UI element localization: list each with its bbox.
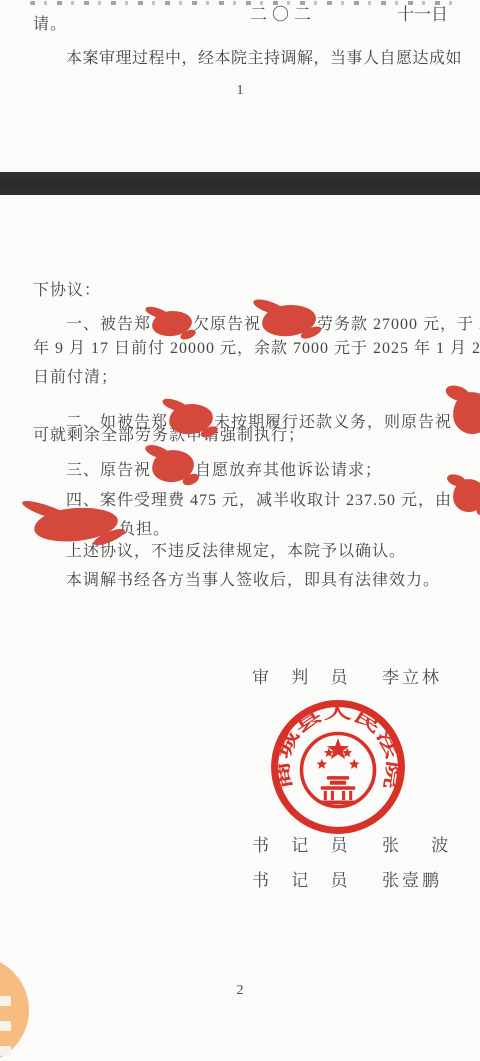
clerk1-name: 张 波 xyxy=(382,831,460,856)
line-text: 一、被告郑 xyxy=(66,316,151,333)
document-viewer: 请。 本案审理过程中，经本院主持调解，当事人自愿达成如 1 下协议：一、被告郑欠… xyxy=(0,0,480,1061)
document-line: 二、如被告郑未按期履行还款义务，则原告祝 xyxy=(33,392,447,421)
document-line: 本调解书经各方当事人签收后，即具有法律效力。 xyxy=(33,566,447,595)
redaction-mark xyxy=(451,390,480,435)
line-text: 劳务款 27000 元，于 2024 xyxy=(317,316,480,333)
fab-icon-dots xyxy=(0,1021,11,1031)
redaction-mark xyxy=(151,448,196,484)
judge-signature-row: 审 判 员 李立林 xyxy=(252,663,354,688)
clerk-title-label: 书 记 员 xyxy=(252,871,354,890)
redaction-mark xyxy=(151,309,193,337)
redaction-mark xyxy=(261,303,317,339)
date-fragment-left: 二〇二 xyxy=(250,0,316,25)
line-text: 本调解书经各方当事人签收后，即具有法律效力。 xyxy=(66,572,440,589)
date-fragment-right: 十一日 xyxy=(397,0,448,25)
document-line: 三、原告祝自愿放弃其他诉讼请求； xyxy=(33,450,447,479)
line-text: 年 9 月 17 日前付 20000 元，余款 7000 元于 2025 年 1… xyxy=(33,340,480,357)
judge-name: 李立林 xyxy=(382,663,442,688)
court-seal: 商城县人民法院 xyxy=(267,696,409,838)
clerk-signature-row: 书 记 员 张壹鹏 xyxy=(252,866,354,891)
clerk-title-label: 书 记 员 xyxy=(252,836,354,855)
line-text: 欠原告祝 xyxy=(193,316,261,333)
document-line: 负担。 xyxy=(33,508,447,537)
document-line: 四、案件受理费 475 元，减半收取计 237.50 元，由 xyxy=(33,479,447,508)
document-line: 年 9 月 17 日前付 20000 元，余款 7000 元于 2025 年 1… xyxy=(33,334,447,363)
clerk-signature-row: 书 记 员 张 波 xyxy=(252,831,354,856)
fab-icon-dots xyxy=(0,996,11,1006)
line-text: 负担。 xyxy=(119,521,170,538)
document-line: 下协议： xyxy=(33,276,447,305)
line-text: 可就剩余全部劳务款申请强制执行； xyxy=(33,427,305,444)
line-text: 自愿放弃其他诉讼请求； xyxy=(195,462,382,479)
line-text: 四、案件受理费 475 元，减半收取计 237.50 元，由 xyxy=(66,492,452,509)
page-separator-bar xyxy=(0,172,480,195)
page1-text-line: 本案审理过程中，经本院主持调解，当事人自愿达成如 xyxy=(66,45,462,68)
redaction-mark xyxy=(452,478,480,514)
line-text: 上述协议，不违反法律规定，本院予以确认。 xyxy=(66,543,406,560)
clerk2-name: 张壹鹏 xyxy=(382,866,442,891)
clipped-text-line xyxy=(30,1,454,5)
page2-number: 2 xyxy=(0,983,480,999)
page1-text-line: 请。 xyxy=(33,11,67,34)
line-text: 下协议： xyxy=(33,282,101,299)
fab-icon-dots xyxy=(0,1046,11,1056)
judge-title-label: 审 判 员 xyxy=(252,668,354,687)
page1-number: 1 xyxy=(0,83,480,99)
redaction-mark xyxy=(168,402,214,436)
line-text: 三、原告祝 xyxy=(66,462,151,479)
line-text: 日前付清； xyxy=(33,369,118,386)
agreement-text-block: 下协议：一、被告郑欠原告祝劳务款 27000 元，于 2024年 9 月 17 … xyxy=(33,276,447,595)
document-line: 日前付清； xyxy=(33,363,447,392)
redaction-mark xyxy=(33,504,120,544)
document-line: 一、被告郑欠原告祝劳务款 27000 元，于 2024 xyxy=(33,305,447,334)
